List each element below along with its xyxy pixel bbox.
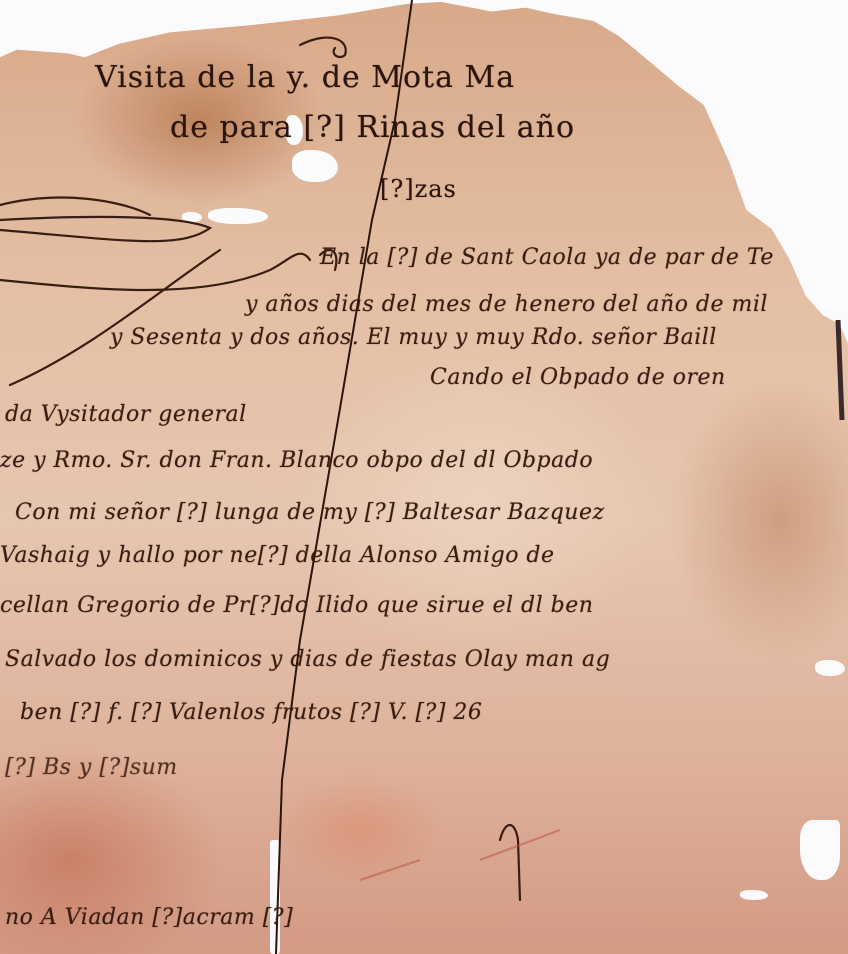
heading-line-2: de para [?] Rinas del año — [170, 110, 575, 145]
paper-hole — [815, 660, 845, 676]
paper-hole — [182, 212, 202, 222]
manuscript-line: y años dias del mes de henero del año de… — [245, 292, 768, 317]
heading-line-3: [?]zas — [380, 175, 457, 203]
manuscript-line: no A Viadan [?]acram [?] — [5, 905, 293, 930]
manuscript-line: [?] Bs y [?]sum — [5, 755, 178, 780]
manuscript-line: cellan Gregorio de Pr[?]do Ilido que sir… — [0, 593, 593, 618]
paper-hole — [292, 150, 338, 182]
manuscript-line: ben [?] f. [?] Valenlos frutos [?] V. [?… — [20, 700, 482, 725]
manuscript-line: ze y Rmo. Sr. don Fran. Blanco obpo del … — [0, 448, 593, 473]
manuscript-line: Vashaig y hallo por ne[?] della Alonso A… — [0, 543, 555, 568]
manuscript-line: En la [?] de Sant Caola ya de par de Te — [320, 245, 774, 270]
manuscript-line: Salvado los dominicos y dias de fiestas … — [5, 647, 610, 672]
manuscript-line: y Sesenta y dos años. El muy y muy Rdo. … — [110, 325, 717, 350]
paper-hole — [208, 208, 268, 224]
paper-hole — [800, 820, 840, 880]
paper-hole — [740, 890, 768, 900]
paper-hole — [270, 840, 280, 954]
manuscript-line: Con mi señor [?] lunga de my [?] Baltesa… — [15, 500, 605, 525]
manuscript-line: da Vysitador general — [5, 402, 247, 427]
manuscript-line: Cando el Obpado de oren — [430, 365, 726, 390]
heading-line-1: Visita de la y. de Mota Ma — [95, 60, 515, 95]
